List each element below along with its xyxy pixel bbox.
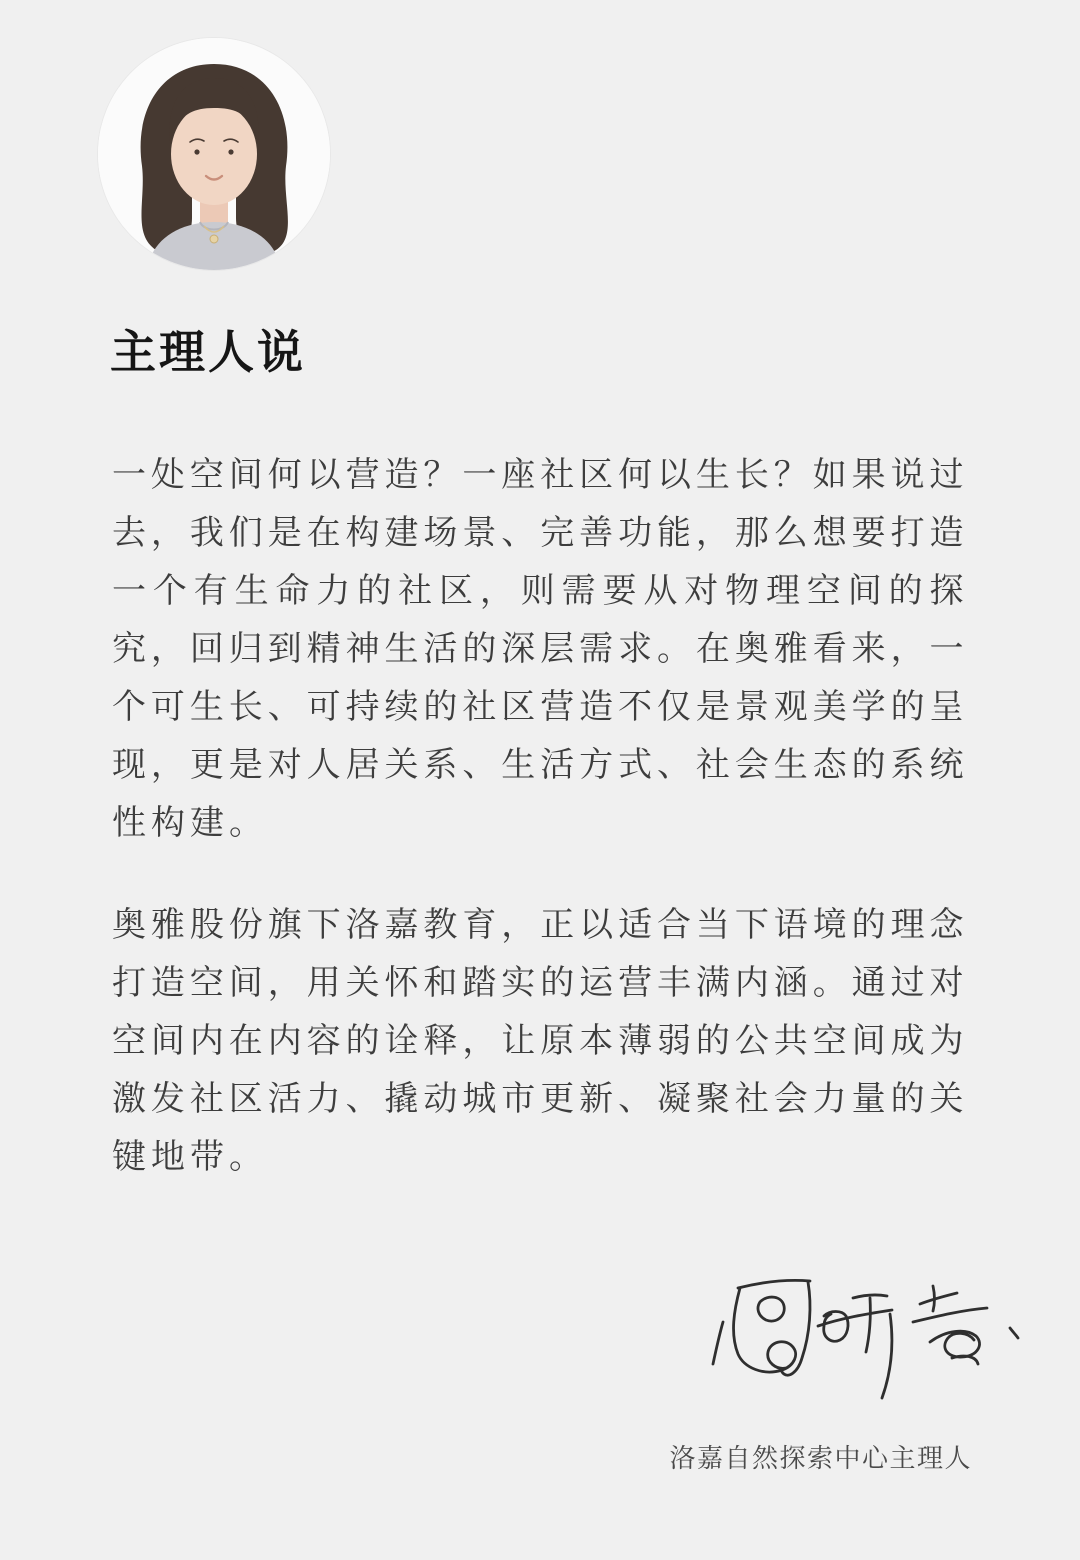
text-line: 激发社区活力、撬动城市更新、凝聚社会力量的关 bbox=[112, 1070, 968, 1128]
signature-title: 洛嘉自然探索中心主理人 bbox=[669, 1438, 972, 1475]
text-line: 去，我们是在构建场景、完善功能，那么想要打造 bbox=[112, 504, 968, 562]
text-line: 一处空间何以营造？一座社区何以生长？如果说过 bbox=[112, 446, 968, 504]
text-line: 奥雅股份旗下洛嘉教育，正以适合当下语境的理念 bbox=[112, 896, 968, 954]
paragraph: 奥雅股份旗下洛嘉教育，正以适合当下语境的理念 打造空间，用关怀和踏实的运营丰满内… bbox=[112, 896, 968, 1186]
avatar bbox=[98, 38, 330, 270]
text-line: 打造空间，用关怀和踏实的运营丰满内涵。通过对 bbox=[112, 954, 968, 1012]
signature-strokes bbox=[690, 1258, 1030, 1428]
signature bbox=[690, 1258, 1030, 1428]
paragraph: 一处空间何以营造？一座社区何以生长？如果说过 去，我们是在构建场景、完善功能，那… bbox=[112, 446, 968, 852]
article-body: 一处空间何以营造？一座社区何以生长？如果说过 去，我们是在构建场景、完善功能，那… bbox=[112, 446, 968, 1186]
portrait-illustration bbox=[98, 38, 330, 270]
page-title: 主理人说 bbox=[110, 316, 306, 382]
text-line: 空间内在内容的诠释，让原本薄弱的公共空间成为 bbox=[112, 1012, 968, 1070]
text-line: 键地带。 bbox=[112, 1128, 968, 1186]
article-page: 主理人说 一处空间何以营造？一座社区何以生长？如果说过 去，我们是在构建场景、完… bbox=[0, 0, 1080, 1560]
text-line: 一个有生命力的社区，则需要从对物理空间的探 bbox=[112, 562, 968, 620]
text-line: 性构建。 bbox=[112, 794, 968, 852]
text-line: 个可生长、可持续的社区营造不仅是景观美学的呈 bbox=[112, 678, 968, 736]
text-line: 现，更是对人居关系、生活方式、社会生态的系统 bbox=[112, 736, 968, 794]
text-line: 究，回归到精神生活的深层需求。在奥雅看来，一 bbox=[112, 620, 968, 678]
